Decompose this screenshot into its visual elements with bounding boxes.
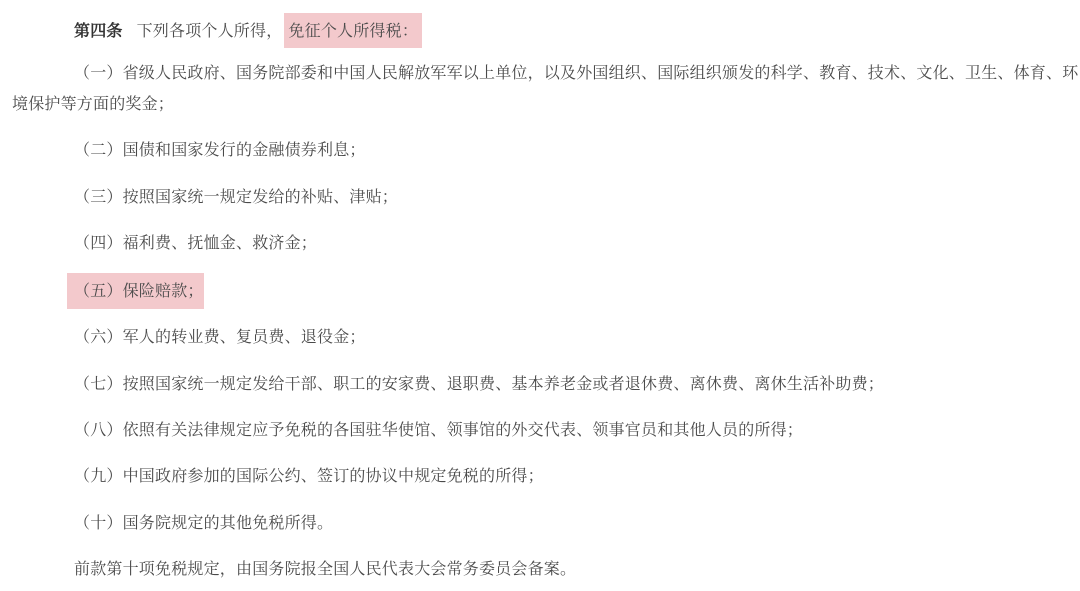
item-text: 国债和国家发行的金融债券利息； bbox=[123, 140, 366, 159]
item-3: （三）按照国家统一规定发给的补贴、津贴； bbox=[74, 186, 398, 208]
item-5-highlighted: （五）保险赔款； bbox=[74, 280, 204, 302]
article-intro: 下列各项个人所得， bbox=[137, 21, 283, 40]
item-text: 依照有关法律规定应予免税的各国驻华使馆、领事馆的外交代表、领事官员和其他人员的所… bbox=[123, 420, 803, 439]
item-text: 按照国家统一规定发给干部、职工的安家费、退职费、基本养老金或者退休费、离休费、离… bbox=[123, 374, 884, 393]
item-9: （九）中国政府参加的国际公约、签订的协议中规定免税的所得； bbox=[74, 465, 544, 487]
item-text: 军人的转业费、复员费、退役金； bbox=[123, 327, 366, 346]
item-text: 国务院规定的其他免税所得。 bbox=[123, 513, 334, 532]
closing-text: 前款第十项免税规定，由国务院报全国人民代表大会常务委员会备案。 bbox=[74, 559, 576, 578]
item-2: （二）国债和国家发行的金融债券利息； bbox=[74, 139, 366, 161]
item-marker: （九） bbox=[74, 466, 123, 485]
item-text: 保险赔款； bbox=[123, 281, 204, 300]
item-text: 按照国家统一规定发给的补贴、津贴； bbox=[123, 187, 398, 206]
item-text-continued: 境保护等方面的奖金； bbox=[12, 94, 174, 113]
item-marker: （二） bbox=[74, 140, 123, 159]
item-10: （十）国务院规定的其他免税所得。 bbox=[74, 512, 333, 534]
item-marker: （八） bbox=[74, 420, 123, 439]
item-text: 省级人民政府、国务院部委和中国人民解放军军以上单位，以及外国组织、国际组织颁发的… bbox=[123, 63, 1079, 82]
item-marker: （一） bbox=[74, 63, 123, 82]
article-heading: 第四条下列各项个人所得，免征个人所得税： bbox=[74, 13, 422, 48]
item-7: （七）按照国家统一规定发给干部、职工的安家费、退职费、基本养老金或者退休费、离休… bbox=[74, 373, 884, 395]
item-marker: （七） bbox=[74, 374, 123, 393]
closing-paragraph: 前款第十项免税规定，由国务院报全国人民代表大会常务委员会备案。 bbox=[74, 558, 576, 580]
item-marker: （五） bbox=[74, 281, 123, 300]
item-1-line-2: 境保护等方面的奖金； bbox=[12, 93, 174, 115]
item-text: 福利费、抚恤金、救济金； bbox=[123, 233, 317, 252]
item-4: （四）福利费、抚恤金、救济金； bbox=[74, 232, 317, 254]
item-marker: （六） bbox=[74, 327, 123, 346]
item-marker: （三） bbox=[74, 187, 123, 206]
item-marker: （四） bbox=[74, 233, 123, 252]
item-text: 中国政府参加的国际公约、签订的协议中规定免税的所得； bbox=[123, 466, 544, 485]
item-8: （八）依照有关法律规定应予免税的各国驻华使馆、领事馆的外交代表、领事官员和其他人… bbox=[74, 419, 803, 441]
highlighted-phrase-tax-exempt: 免征个人所得税： bbox=[284, 13, 422, 48]
item-marker: （十） bbox=[74, 513, 123, 532]
item-1-line-1: （一）省级人民政府、国务院部委和中国人民解放军军以上单位，以及外国组织、国际组织… bbox=[74, 62, 1078, 84]
item-6: （六）军人的转业费、复员费、退役金； bbox=[74, 326, 366, 348]
article-label: 第四条 bbox=[74, 21, 123, 40]
